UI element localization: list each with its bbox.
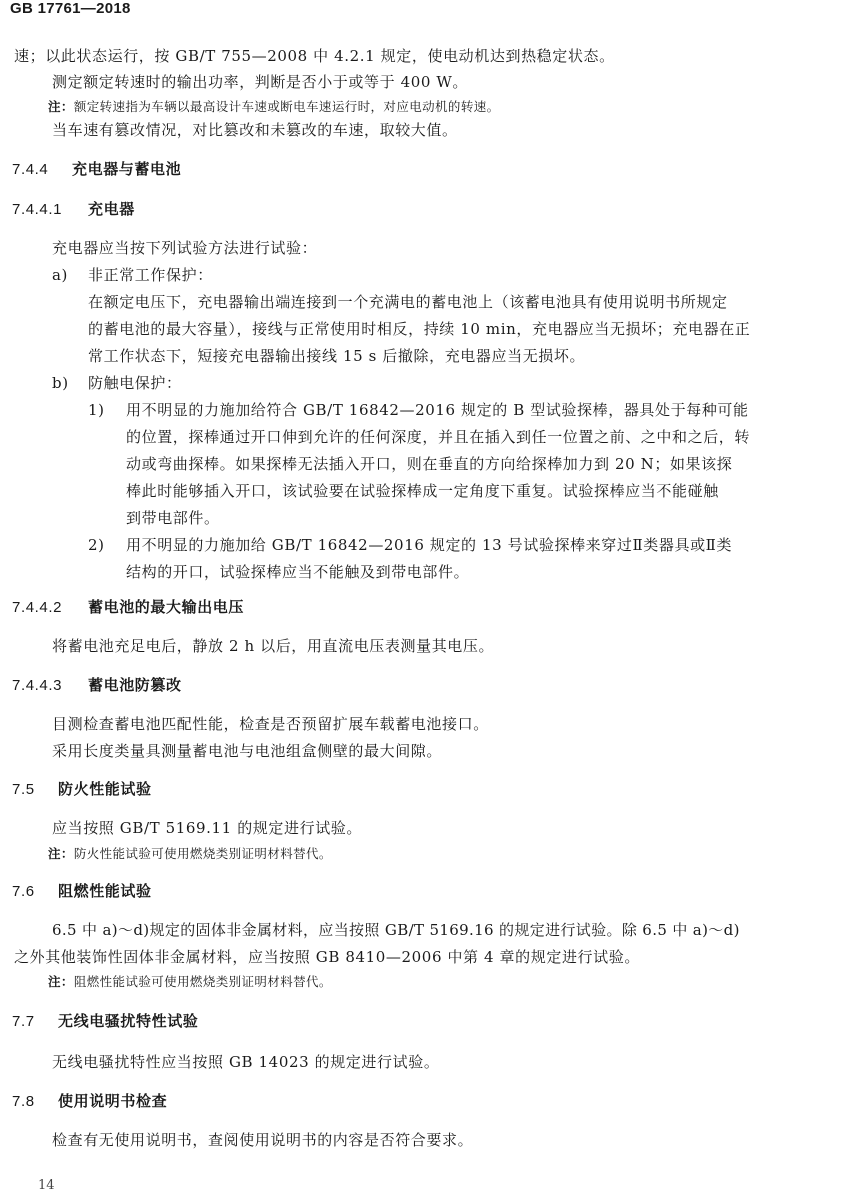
section-number: 7.4.4 bbox=[12, 160, 72, 180]
list-marker: 2) bbox=[88, 535, 105, 555]
body-line: 充电器应当按下列试验方法进行试验： bbox=[52, 238, 317, 258]
note-text: 防火性能试验可使用燃烧类别证明材料替代。 bbox=[74, 846, 332, 861]
page-number: 14 bbox=[38, 1178, 55, 1193]
note: 注：阻燃性能试验可使用燃烧类别证明材料替代。 bbox=[48, 973, 332, 991]
section-heading-7-8: 7.8使用说明书检查 bbox=[12, 1092, 167, 1112]
section-number: 7.6 bbox=[12, 882, 58, 902]
note: 注：防火性能试验可使用燃烧类别证明材料替代。 bbox=[48, 845, 332, 863]
section-title: 充电器 bbox=[88, 201, 135, 218]
section-number: 7.8 bbox=[12, 1092, 58, 1112]
standard-code-header: GB 17761—2018 bbox=[10, 0, 131, 18]
body-line: 在额定电压下，充电器输出端连接到一个充满电的蓄电池上（该蓄电池具有使用说明书所规… bbox=[88, 292, 728, 312]
body-line: 将蓄电池充足电后，静放 2 h 以后，用直流电压表测量其电压。 bbox=[52, 636, 494, 656]
section-title: 无线电骚扰特性试验 bbox=[58, 1013, 198, 1030]
section-title: 蓄电池防篡改 bbox=[88, 677, 182, 694]
body-line: 动或弯曲探棒。如果探棒无法插入开口，则在垂直的方向给探棒加力到 20 N；如果该… bbox=[126, 454, 732, 474]
list-item-label: 防触电保护： bbox=[88, 373, 182, 393]
list-marker: 1) bbox=[88, 400, 105, 420]
list-marker: a) bbox=[52, 265, 68, 285]
body-line: 检查有无使用说明书，查阅使用说明书的内容是否符合要求。 bbox=[52, 1130, 473, 1150]
body-line: 到带电部件。 bbox=[126, 508, 220, 528]
section-number: 7.4.4.3 bbox=[12, 676, 88, 696]
section-title: 防火性能试验 bbox=[58, 781, 152, 798]
body-line: 测定额定转速时的输出功率，判断是否小于或等于 400 W。 bbox=[52, 72, 468, 92]
body-line: 当车速有篡改情况，对比篡改和未篡改的车速，取较大值。 bbox=[52, 120, 458, 140]
section-heading-7-5: 7.5防火性能试验 bbox=[12, 780, 152, 800]
section-heading-7-6: 7.6阻燃性能试验 bbox=[12, 882, 152, 902]
body-line: 用不明显的力施加给 GB/T 16842—2016 规定的 13 号试验探棒来穿… bbox=[126, 535, 732, 555]
body-line: 采用长度类量具测量蓄电池与电池组盒侧壁的最大间隙。 bbox=[52, 741, 442, 761]
body-line: 应当按照 GB/T 5169.11 的规定进行试验。 bbox=[52, 818, 362, 838]
section-title: 充电器与蓄电池 bbox=[72, 161, 181, 178]
section-title: 蓄电池的最大输出电压 bbox=[88, 599, 244, 616]
body-line: 6.5 中 a)～d)规定的固体非金属材料，应当按照 GB/T 5169.16 … bbox=[52, 920, 740, 940]
section-heading-7-4-4-3: 7.4.4.3蓄电池防篡改 bbox=[12, 676, 182, 696]
note-label: 注： bbox=[48, 975, 74, 989]
note: 注：额定转速指为车辆以最高设计车速或断电车速运行时，对应电动机的转速。 bbox=[48, 98, 500, 116]
note-text: 额定转速指为车辆以最高设计车速或断电车速运行时，对应电动机的转速。 bbox=[74, 99, 500, 114]
body-line: 用不明显的力施加给符合 GB/T 16842—2016 规定的 B 型试验探棒，… bbox=[126, 400, 749, 420]
note-label: 注： bbox=[48, 847, 74, 861]
section-number: 7.5 bbox=[12, 780, 58, 800]
body-line: 的位置，探棒通过开口伸到允许的任何深度，并且在插入到任一位置之前、之中和之后，转 bbox=[126, 427, 750, 447]
section-heading-7-4-4-2: 7.4.4.2蓄电池的最大输出电压 bbox=[12, 598, 244, 618]
body-line: 目测检查蓄电池匹配性能，检查是否预留扩展车载蓄电池接口。 bbox=[52, 714, 489, 734]
body-line: 棒此时能够插入开口，该试验要在试验探棒成一定角度下重复。试验探棒应当不能碰触 bbox=[126, 481, 719, 501]
note-text: 阻燃性能试验可使用燃烧类别证明材料替代。 bbox=[74, 974, 332, 989]
list-marker: b) bbox=[52, 373, 69, 393]
body-line: 的蓄电池的最大容量），接线与正常使用时相反，持续 10 min，充电器应当无损坏… bbox=[88, 319, 750, 339]
section-title: 阻燃性能试验 bbox=[58, 883, 152, 900]
section-heading-7-7: 7.7无线电骚扰特性试验 bbox=[12, 1012, 198, 1032]
section-number: 7.7 bbox=[12, 1012, 58, 1032]
body-line: 速；以此状态运行，按 GB/T 755—2008 中 4.2.1 规定，使电动机… bbox=[14, 46, 615, 66]
section-number: 7.4.4.1 bbox=[12, 200, 88, 220]
note-label: 注： bbox=[48, 100, 74, 114]
section-heading-7-4-4: 7.4.4充电器与蓄电池 bbox=[12, 160, 181, 180]
body-line: 结构的开口，试验探棒应当不能触及到带电部件。 bbox=[126, 562, 469, 582]
body-line: 常工作状态下，短接充电器输出接线 15 s 后撤除，充电器应当无损坏。 bbox=[88, 346, 585, 366]
section-title: 使用说明书检查 bbox=[58, 1093, 167, 1110]
list-item-label: 非正常工作保护： bbox=[88, 265, 213, 285]
body-line: 无线电骚扰特性应当按照 GB 14023 的规定进行试验。 bbox=[52, 1052, 439, 1072]
body-line: 之外其他装饰性固体非金属材料，应当按照 GB 8410—2006 中第 4 章的… bbox=[14, 947, 640, 967]
section-heading-7-4-4-1: 7.4.4.1充电器 bbox=[12, 200, 135, 220]
section-number: 7.4.4.2 bbox=[12, 598, 88, 618]
